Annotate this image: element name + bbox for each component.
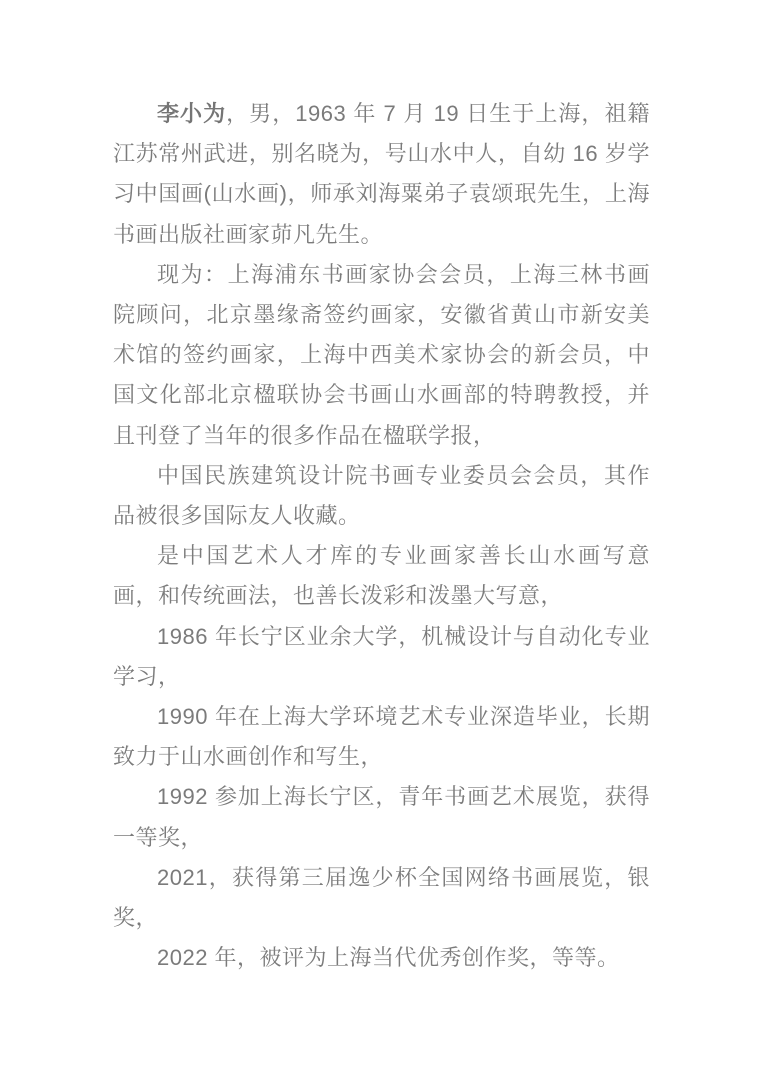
paragraph-1990: 1990 年在上海大学环境艺术专业深造毕业，长期致力于山水画创作和写生， bbox=[113, 697, 650, 777]
paragraph-bio-intro: 李小为，男，1963 年 7 月 19 日生于上海，祖籍江苏常州武进，别名晓为，… bbox=[113, 94, 650, 255]
paragraph-1992: 1992 参加上海长宁区，青年书画艺术展览，获得一等奖， bbox=[113, 777, 650, 857]
paragraph-committee: 中国民族建筑设计院书画专业委员会会员，其作品被很多国际友人收藏。 bbox=[113, 456, 650, 536]
paragraph-specialty: 是中国艺术人才库的专业画家善长山水画写意画，和传统画法，也善长泼彩和泼墨大写意， bbox=[113, 536, 650, 616]
paragraph-memberships: 现为：上海浦东书画家协会会员，上海三林书画院顾问，北京墨缘斋签约画家，安徽省黄山… bbox=[113, 255, 650, 456]
artist-name: 李小为 bbox=[157, 101, 226, 126]
paragraph-1986: 1986 年长宁区业余大学，机械设计与自动化专业学习， bbox=[113, 617, 650, 697]
paragraph-2022: 2022 年，被评为上海当代优秀创作奖，等等。 bbox=[113, 938, 650, 978]
paragraph-2021: 2021，获得第三届逸少杯全国网络书画展览，银奖， bbox=[113, 858, 650, 938]
document-page: 李小为，男，1963 年 7 月 19 日生于上海，祖籍江苏常州武进，别名晓为，… bbox=[113, 94, 650, 978]
